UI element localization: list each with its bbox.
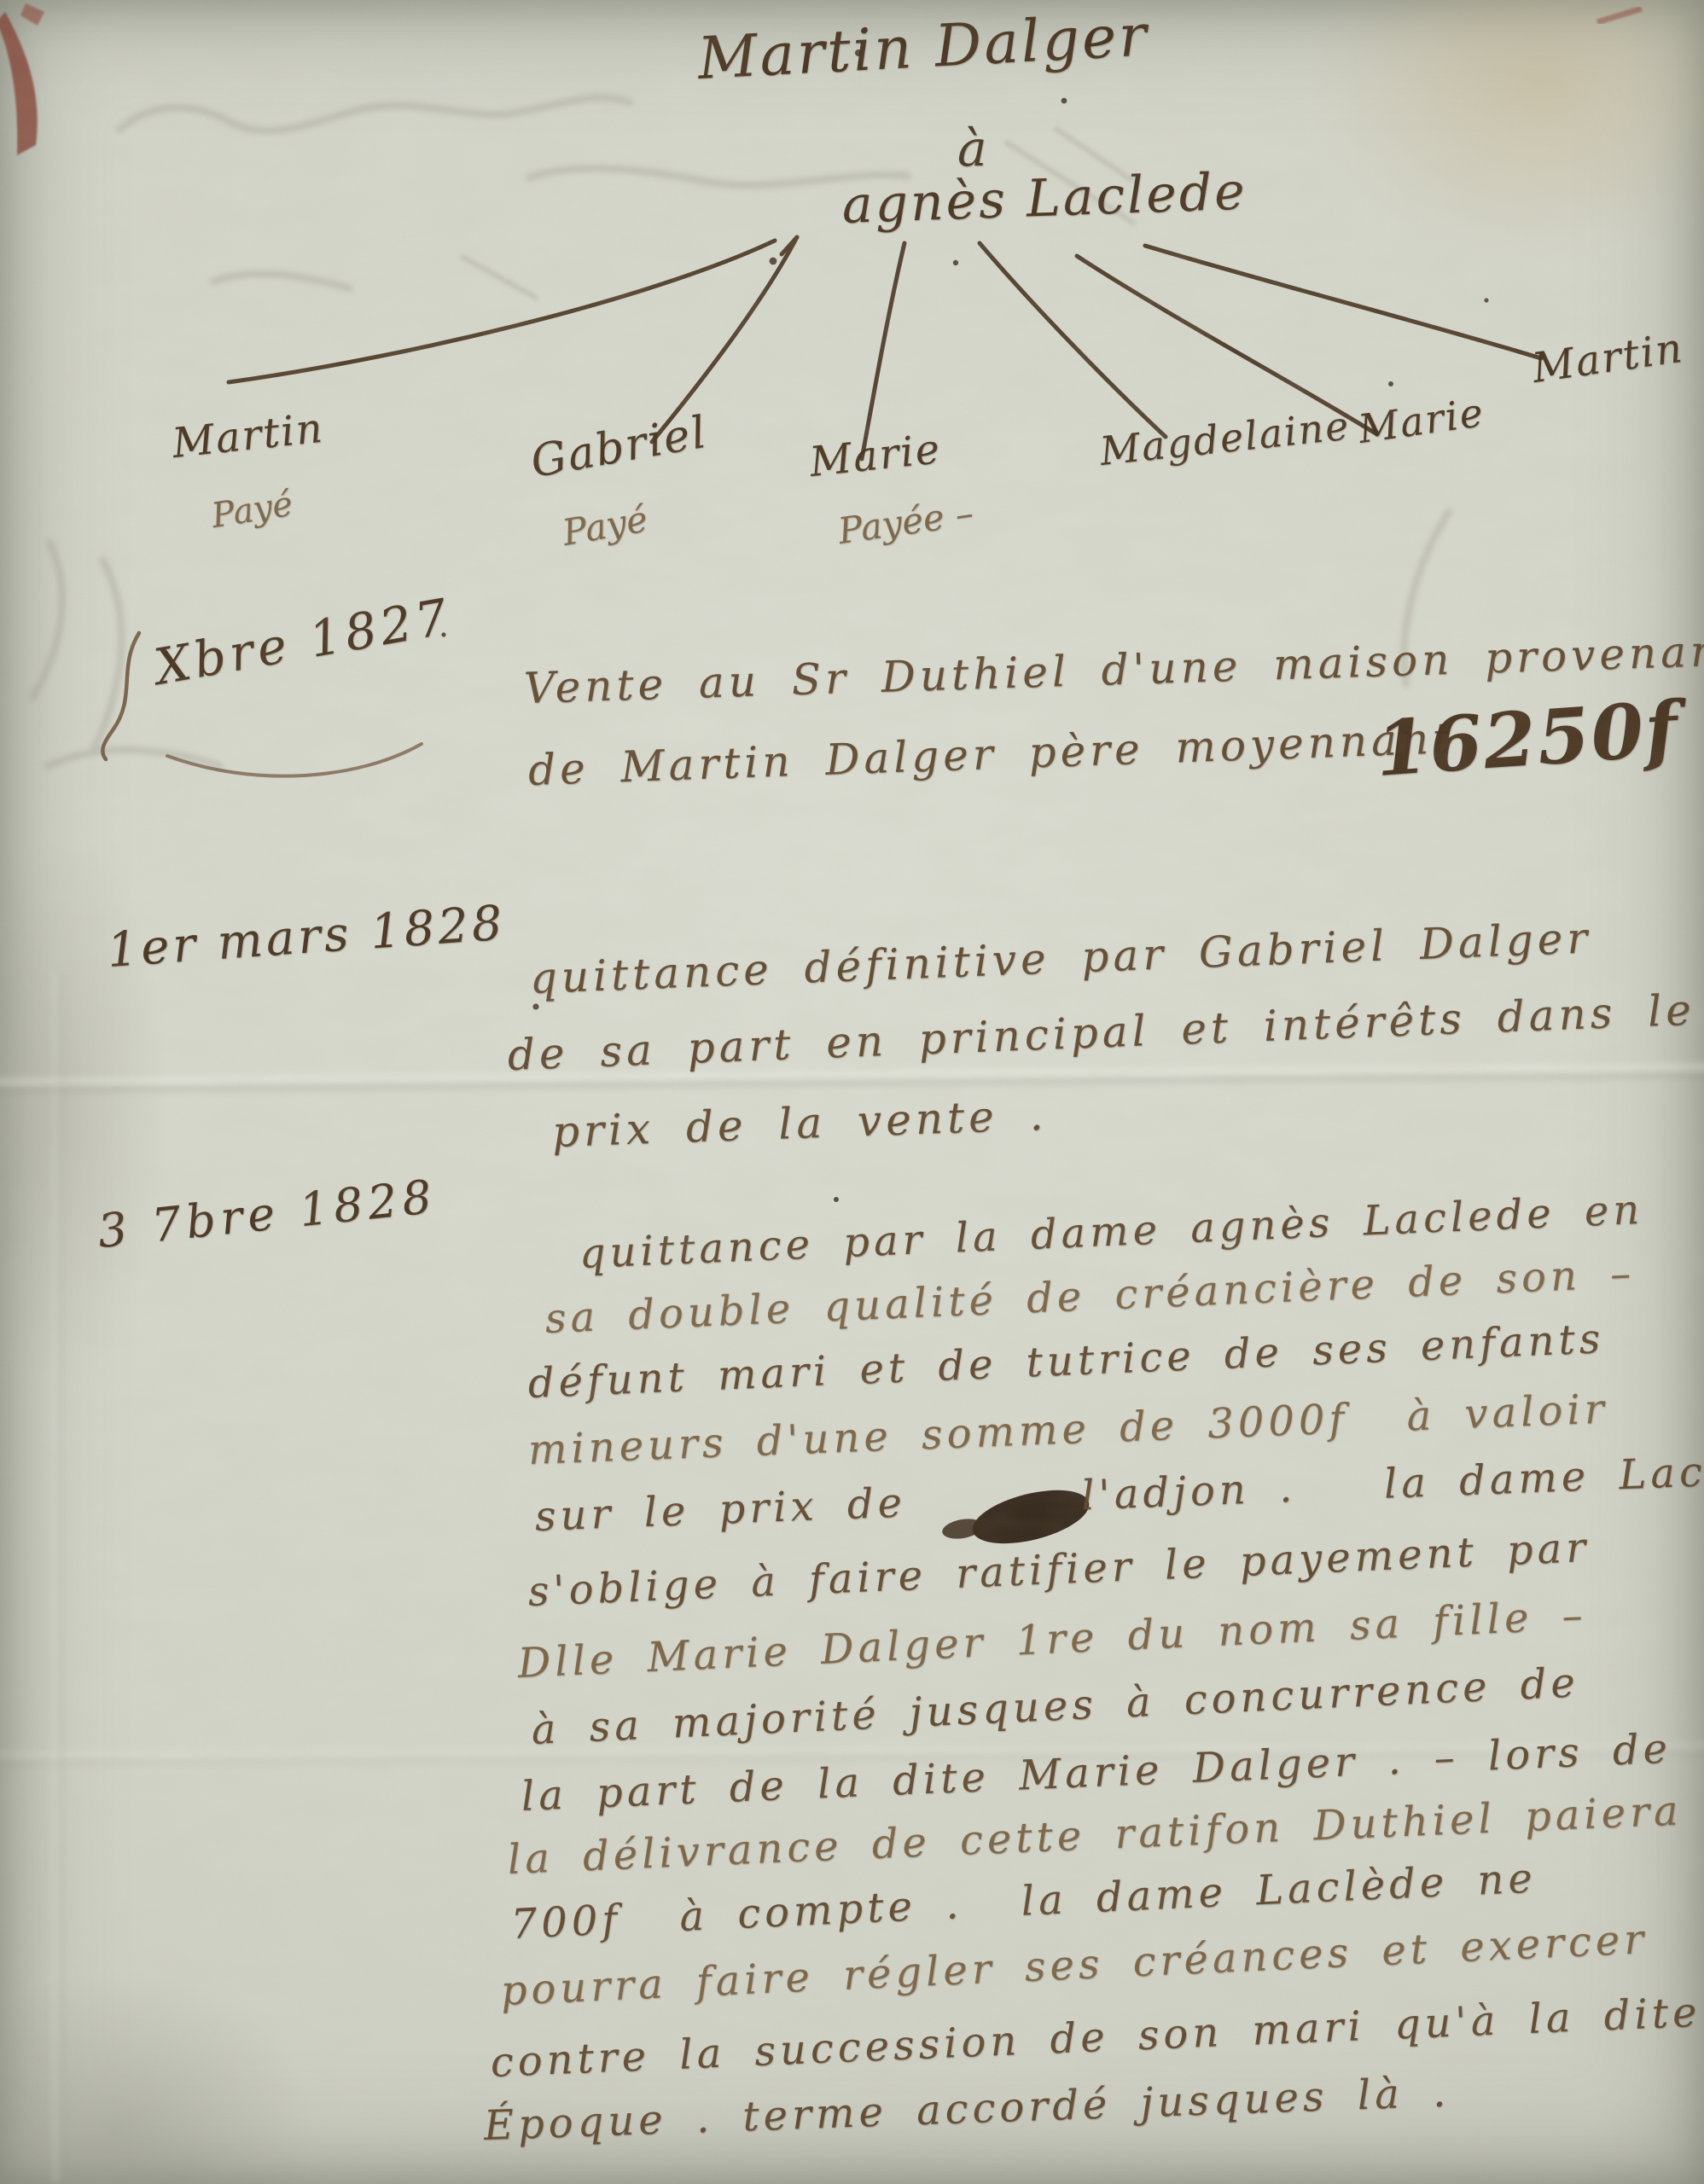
fold-crease-vertical	[53, 973, 63, 2184]
title-connector: à	[957, 119, 987, 177]
manuscript-page: Martin Dalger à agnès Laclede Martin Pay…	[0, 0, 1704, 2184]
